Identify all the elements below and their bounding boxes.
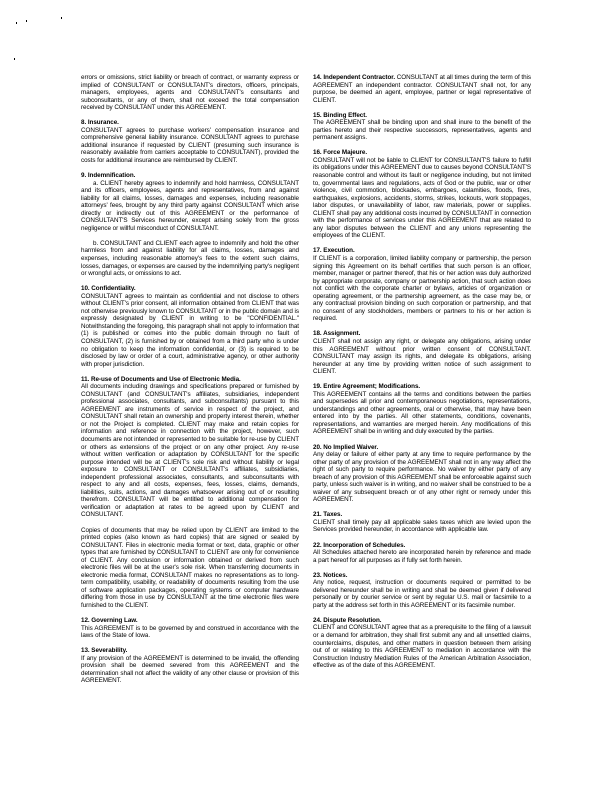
- section-heading: 11. Re-use of Documents and Use of Elect…: [81, 376, 299, 384]
- section-16-force-majeure: 16. Force Majeure. CONSULTANT will not b…: [313, 149, 531, 240]
- section-heading: 15. Binding Effect.: [313, 112, 531, 120]
- paragraph: If any provision of the AGREEMENT is det…: [81, 655, 299, 685]
- scan-speck: [61, 17, 62, 19]
- section-heading: 22. Incorporation of Schedules.: [313, 542, 531, 550]
- paragraph: Any notice, request, instruction or docu…: [313, 579, 531, 609]
- paragraph: All documents including drawings and spe…: [81, 383, 299, 519]
- section-12-governing-law: 12. Governing Law. This AGREEMENT is to …: [81, 617, 299, 640]
- section-7-continued: errors or omissions, strict liability or…: [81, 74, 299, 112]
- section-heading: 19. Entire Agreement; Modifications.: [313, 383, 531, 391]
- scan-speck: [14, 58, 15, 60]
- paragraph: Any delay or failure of either party at …: [313, 451, 531, 504]
- paragraph: CLIENT shall not assign any right, or de…: [313, 338, 531, 376]
- paragraph: If CLIENT is a corporation, limited liab…: [313, 255, 531, 323]
- paragraph: CLIENT shall timely pay all applicable s…: [313, 519, 531, 534]
- section-10-confidentiality: 10. Confidentiality. CONSULTANT agrees t…: [81, 285, 299, 368]
- paragraph: Copies of documents that may be relied u…: [81, 527, 299, 610]
- section-heading: 10. Confidentiality.: [81, 285, 299, 293]
- left-column: errors or omissions, strict liability or…: [81, 74, 299, 692]
- section-heading: 12. Governing Law.: [81, 617, 299, 625]
- paragraph: b. CONSULTANT and CLIENT each agree to i…: [81, 240, 299, 278]
- section-14-independent-contractor: 14. Independent Contractor. CONSULTANT a…: [313, 74, 531, 104]
- section-heading: 21. Taxes.: [313, 511, 531, 519]
- section-heading: 20. No Implied Waiver.: [313, 444, 531, 452]
- paragraph: CONSULTANT agrees to maintain as confide…: [81, 293, 299, 368]
- paragraph: All Schedules attached hereto are incorp…: [313, 549, 531, 564]
- scan-speck: [16, 22, 17, 24]
- section-21-taxes: 21. Taxes. CLIENT shall timely pay all a…: [313, 511, 531, 534]
- section-heading: 8. Insurance.: [81, 119, 299, 127]
- right-column: 14. Independent Contractor. CONSULTANT a…: [313, 74, 531, 677]
- section-heading: 16. Force Majeure.: [313, 149, 531, 157]
- section-9-indemnification: 9. Indemnification. a. CLIENT hereby agr…: [81, 172, 299, 278]
- section-heading: 17. Execution.: [313, 247, 531, 255]
- paragraph: CLIENT and CONSULTANT agree that as a pr…: [313, 624, 531, 669]
- section-22-incorporation-of-schedules: 22. Incorporation of Schedules. All Sche…: [313, 542, 531, 565]
- paragraph: errors or omissions, strict liability or…: [81, 74, 299, 112]
- section-18-assignment: 18. Assignment. CLIENT shall not assign …: [313, 330, 531, 375]
- section-23-notices: 23. Notices. Any notice, request, instru…: [313, 572, 531, 610]
- section-13-severability: 13. Severability. If any provision of th…: [81, 647, 299, 685]
- section-heading: 13. Severability.: [81, 647, 299, 655]
- section-heading: 24. Dispute Resolution.: [313, 617, 531, 625]
- section-heading: 23. Notices.: [313, 572, 531, 580]
- section-heading: 9. Indemnification.: [81, 172, 299, 180]
- paragraph: This AGREEMENT contains all the terms an…: [313, 391, 531, 436]
- section-19-entire-agreement: 19. Entire Agreement; Modifications. Thi…: [313, 383, 531, 436]
- section-11-reuse-of-documents: 11. Re-use of Documents and Use of Elect…: [81, 376, 299, 610]
- section-heading: 18. Assignment.: [313, 330, 531, 338]
- section-20-no-implied-waiver: 20. No Implied Waiver. Any delay or fail…: [313, 444, 531, 504]
- paragraph: CONSULTANT will not be liable to CLIENT …: [313, 157, 531, 240]
- paragraph: The AGREEMENT shall be binding upon and …: [313, 119, 531, 142]
- section-heading: 14. Independent Contractor.: [313, 74, 395, 81]
- section-17-execution: 17. Execution. If CLIENT is a corporatio…: [313, 247, 531, 322]
- section-15-binding-effect: 15. Binding Effect. The AGREEMENT shall …: [313, 112, 531, 142]
- paragraph: This AGREEMENT is to be governed by and …: [81, 625, 299, 640]
- scan-speck: [26, 20, 27, 22]
- paragraph: a. CLIENT hereby agrees to indemnify and…: [81, 180, 299, 233]
- paragraph: CONSULTANT agrees to purchase workers' c…: [81, 127, 299, 165]
- section-24-dispute-resolution: 24. Dispute Resolution. CLIENT and CONSU…: [313, 617, 531, 670]
- section-8-insurance: 8. Insurance. CONSULTANT agrees to purch…: [81, 119, 299, 164]
